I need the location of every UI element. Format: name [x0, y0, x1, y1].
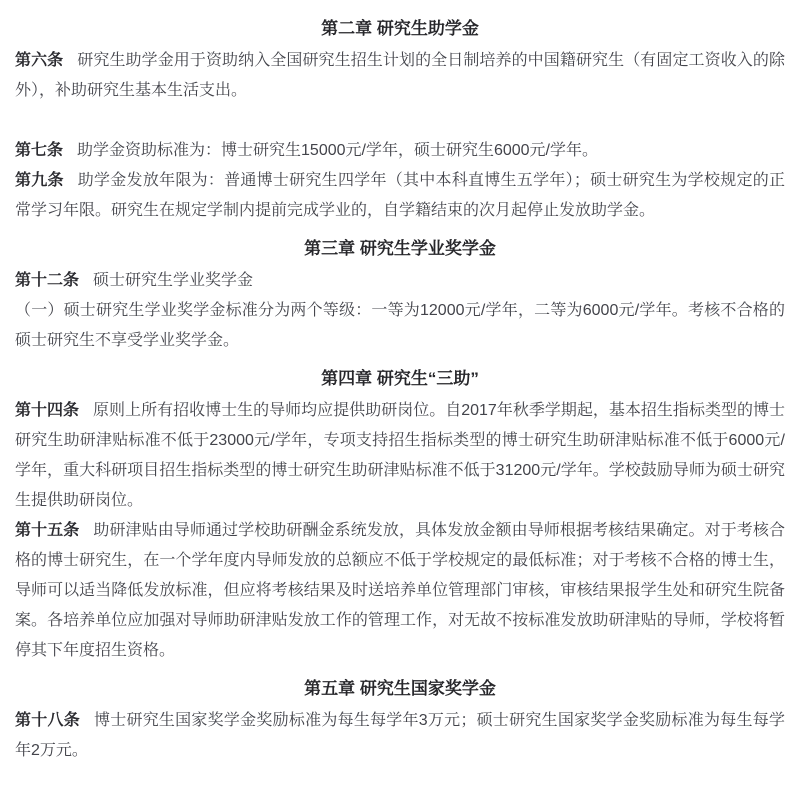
- article-text: 助学金资助标准为：博士研究生15000元/学年，硕士研究生6000元/学年。: [77, 142, 598, 159]
- article-text: 研究生助学金用于资助纳入全国研究生招生计划的全日制培养的中国籍研究生（有固定工资…: [15, 52, 785, 99]
- chapter-heading: 第二章 研究生助学金: [15, 18, 785, 40]
- article-paragraph: 第十八条博士研究生国家奖学金奖励标准为每生每学年3万元；硕士研究生国家奖学金奖励…: [15, 706, 785, 766]
- article-paragraph: 第十二条硕士研究生学业奖学金: [15, 266, 785, 296]
- chapter-heading: 第三章 研究生学业奖学金: [15, 238, 785, 260]
- article-paragraph: 第十五条助研津贴由导师通过学校助研酬金系统发放，具体发放金额由导师根据考核结果确…: [15, 516, 785, 666]
- article-number-label: 第十二条: [15, 272, 79, 289]
- article-text: 助学金发放年限为：普通博士研究生四学年（其中本科直博生五学年）；硕士研究生为学校…: [15, 172, 785, 219]
- document-page: 第二章 研究生助学金第六条研究生助学金用于资助纳入全国研究生招生计划的全日制培养…: [0, 0, 800, 766]
- article-text: 博士研究生国家奖学金奖励标准为每生每学年3万元；硕士研究生国家奖学金奖励标准为每…: [15, 712, 785, 759]
- article-text: 原则上所有招收博士生的导师均应提供助研岗位。自2017年秋季学期起，基本招生指标…: [15, 402, 785, 509]
- chapter-heading: 第五章 研究生国家奖学金: [15, 678, 785, 700]
- article-text: 硕士研究生学业奖学金: [93, 272, 253, 289]
- article-number-label: 第七条: [15, 142, 63, 159]
- article-number-label: 第六条: [15, 52, 63, 69]
- article-text: （一）硕士研究生学业奖学金标准分为两个等级：一等为12000元/学年，二等为60…: [15, 302, 785, 349]
- article-number-label: 第十八条: [15, 712, 80, 729]
- article-number-label: 第十四条: [15, 402, 79, 419]
- article-number-label: 第九条: [15, 172, 64, 189]
- chapter-heading: 第四章 研究生“三助”: [15, 368, 785, 390]
- article-paragraph: 第九条助学金发放年限为：普通博士研究生四学年（其中本科直博生五学年）；硕士研究生…: [15, 166, 785, 226]
- article-paragraph: 第十四条原则上所有招收博士生的导师均应提供助研岗位。自2017年秋季学期起，基本…: [15, 396, 785, 516]
- article-paragraph: 第六条研究生助学金用于资助纳入全国研究生招生计划的全日制培养的中国籍研究生（有固…: [15, 46, 785, 106]
- article-number-label: 第十五条: [15, 522, 79, 539]
- article-text: 助研津贴由导师通过学校助研酬金系统发放，具体发放金额由导师根据考核结果确定。对于…: [15, 522, 785, 659]
- article-paragraph: 第七条助学金资助标准为：博士研究生15000元/学年，硕士研究生6000元/学年…: [15, 136, 785, 166]
- article-paragraph: （一）硕士研究生学业奖学金标准分为两个等级：一等为12000元/学年，二等为60…: [15, 296, 785, 356]
